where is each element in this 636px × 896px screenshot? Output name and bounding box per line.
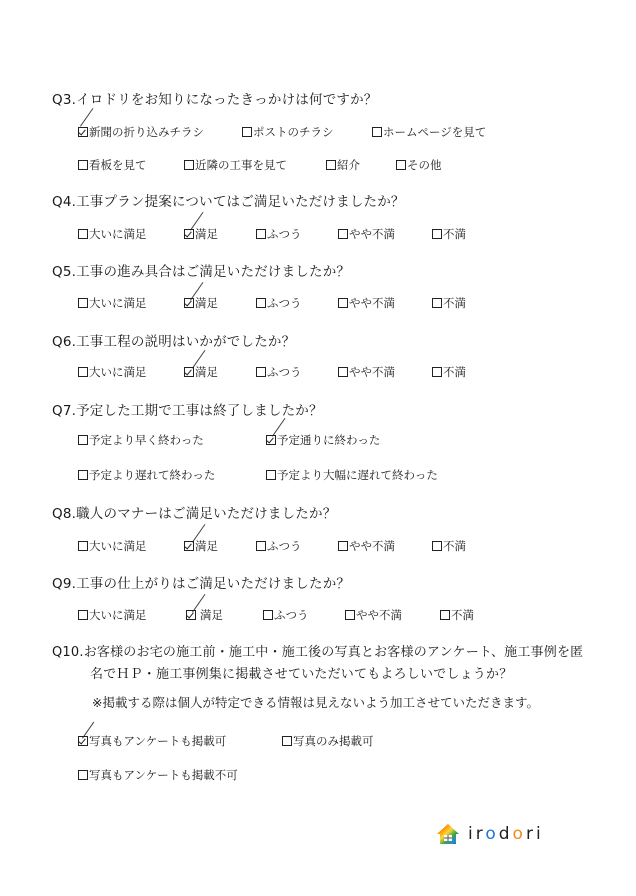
question-q9: Q9.工事の仕上がりはご満足いただけましたか？ [52, 572, 350, 592]
option-label: 写真のみ掲載可 [293, 733, 374, 749]
option-label: 予定通りに終わった [277, 432, 380, 448]
option-q4-dissatisfied[interactable]: 不満 [432, 226, 466, 242]
option-q3-other[interactable]: その他 [396, 157, 442, 173]
checkbox[interactable] [345, 610, 355, 620]
option-q10-none[interactable]: 写真もアンケートも掲載不可 [78, 767, 238, 783]
option-q3-post[interactable]: ポストのチラシ [242, 124, 334, 140]
question-q7: Q7.予定した工期で工事は終了しましたか？ [52, 399, 323, 419]
option-q8-neutral[interactable]: ふつう [256, 538, 302, 554]
option-label: ポストのチラシ [253, 124, 334, 140]
checkbox-checked[interactable] [184, 229, 194, 239]
option-label: 満足 [195, 364, 218, 380]
option-q6-dissatisfied[interactable]: 不満 [432, 364, 466, 380]
option-q5-satisfied[interactable]: 満足 [184, 295, 218, 311]
checkbox[interactable] [242, 127, 252, 137]
option-q5-dissatisfied[interactable]: 不満 [432, 295, 466, 311]
irodori-logo: irodori [436, 823, 544, 845]
option-label: 看板を見て [89, 157, 147, 173]
checkbox[interactable] [78, 367, 88, 377]
checkbox[interactable] [78, 298, 88, 308]
option-q7-very-late[interactable]: 予定より大幅に遅れて終わった [266, 467, 438, 483]
option-label: ふつう [267, 538, 302, 554]
question-q8: Q8.職人のマナーはご満足いただけましたか？ [52, 502, 336, 522]
option-q4-somewhat-dissatisfied[interactable]: やや不満 [338, 226, 395, 242]
question-q4: Q4.工事プラン提案についてはご満足いただけましたか？ [52, 190, 405, 210]
checkbox[interactable] [78, 229, 88, 239]
option-label: 近隣の工事を見て [195, 157, 287, 173]
option-label: 紹介 [337, 157, 360, 173]
option-label: やや不満 [349, 364, 395, 380]
checkbox[interactable] [432, 229, 442, 239]
option-q3-newspaper[interactable]: 新聞の折り込みチラシ [78, 124, 204, 140]
checkbox-checked[interactable] [266, 435, 276, 445]
checkbox-checked[interactable] [184, 298, 194, 308]
option-q5-very-satisfied[interactable]: 大いに満足 [78, 295, 147, 311]
option-label: 大いに満足 [89, 364, 147, 380]
option-q4-satisfied[interactable]: 満足 [184, 226, 218, 242]
option-label: 不満 [443, 364, 466, 380]
checkbox[interactable] [440, 610, 450, 620]
option-q7-late[interactable]: 予定より遅れて終わった [78, 467, 215, 483]
option-q10-photo-only[interactable]: 写真のみ掲載可 [282, 733, 374, 749]
checkbox[interactable] [338, 298, 348, 308]
logo-text: irodori [468, 824, 544, 844]
checkbox[interactable] [78, 610, 88, 620]
option-q10-all-ok[interactable]: 写真もアンケートも掲載可 [78, 733, 226, 749]
option-label: 大いに満足 [89, 226, 147, 242]
option-label: やや不満 [349, 226, 395, 242]
checkbox[interactable] [432, 367, 442, 377]
option-q8-somewhat-dissatisfied[interactable]: やや不満 [338, 538, 395, 554]
rainbow-house-icon [436, 823, 460, 845]
checkbox[interactable] [78, 160, 88, 170]
option-q6-very-satisfied[interactable]: 大いに満足 [78, 364, 147, 380]
option-label: 満足 [195, 295, 218, 311]
checkbox[interactable] [256, 229, 266, 239]
checkbox[interactable] [78, 435, 88, 445]
checkbox[interactable] [256, 298, 266, 308]
option-q7-early[interactable]: 予定より早く終わった [78, 432, 204, 448]
option-label: ふつう [267, 295, 302, 311]
option-q8-very-satisfied[interactable]: 大いに満足 [78, 538, 147, 554]
option-q6-somewhat-dissatisfied[interactable]: やや不満 [338, 364, 395, 380]
option-q6-neutral[interactable]: ふつう [256, 364, 302, 380]
checkbox-checked[interactable] [184, 541, 194, 551]
option-label: ふつう [274, 607, 309, 623]
option-label: ふつう [267, 226, 302, 242]
option-q9-very-satisfied[interactable]: 大いに満足 [78, 607, 147, 623]
question-q10-line1: Q10.お客様のお宅の施工前・施工中・施工後の写真とお客様のアンケート、施工事例… [52, 641, 583, 660]
checkbox[interactable] [78, 541, 88, 551]
checkbox-checked[interactable] [186, 610, 196, 620]
option-label: 大いに満足 [89, 538, 147, 554]
option-label: 不満 [443, 226, 466, 242]
option-label: 予定より大幅に遅れて終わった [277, 467, 438, 483]
checkbox-checked[interactable] [78, 736, 88, 746]
checkbox-checked[interactable] [184, 367, 194, 377]
q10-note: ※掲載する際は個人が特定できる情報は見えないよう加工させていただきます。 [92, 693, 539, 711]
option-label: やや不満 [349, 538, 395, 554]
option-q7-on-schedule[interactable]: 予定通りに終わった [266, 432, 380, 448]
checkbox[interactable] [184, 160, 194, 170]
question-q6: Q6.工事工程の説明はいかがでしたか？ [52, 330, 295, 350]
checkbox[interactable] [256, 541, 266, 551]
option-q9-somewhat-dissatisfied[interactable]: やや不満 [345, 607, 402, 623]
option-label: 不満 [443, 295, 466, 311]
question-q5: Q5.工事の進み具合はご満足いただけましたか？ [52, 260, 350, 280]
option-label: 新聞の折り込みチラシ [89, 124, 204, 140]
checkbox[interactable] [338, 367, 348, 377]
checkbox[interactable] [256, 367, 266, 377]
option-q5-somewhat-dissatisfied[interactable]: やや不満 [338, 295, 395, 311]
option-q6-satisfied[interactable]: 満足 [184, 364, 218, 380]
option-q3-homepage[interactable]: ホームページを見て [372, 124, 486, 140]
option-q9-neutral[interactable]: ふつう [263, 607, 309, 623]
option-label: 満足 [195, 538, 218, 554]
checkbox[interactable] [282, 736, 292, 746]
checkbox[interactable] [326, 160, 336, 170]
checkbox-checked[interactable] [78, 127, 88, 137]
option-q8-dissatisfied[interactable]: 不満 [432, 538, 466, 554]
option-q3-nearby[interactable]: 近隣の工事を見て [184, 157, 287, 173]
option-q9-satisfied[interactable]: 満足 [186, 607, 223, 623]
option-label: 予定より遅れて終わった [89, 467, 215, 483]
question-q10-line2: 名でＨＰ・施工事例集に掲載させていただいてもよろしいでしょうか？ [90, 663, 512, 682]
option-q8-satisfied[interactable]: 満足 [184, 538, 218, 554]
option-label: 予定より早く終わった [89, 432, 204, 448]
option-label: 不満 [443, 538, 466, 554]
option-label: 写真もアンケートも掲載不可 [89, 767, 238, 783]
option-q4-very-satisfied[interactable]: 大いに満足 [78, 226, 147, 242]
option-q4-neutral[interactable]: ふつう [256, 226, 302, 242]
option-label: 写真もアンケートも掲載可 [89, 733, 226, 749]
checkbox[interactable] [432, 541, 442, 551]
checkbox[interactable] [432, 298, 442, 308]
checkbox[interactable] [338, 229, 348, 239]
checkbox[interactable] [396, 160, 406, 170]
option-q5-neutral[interactable]: ふつう [256, 295, 302, 311]
option-q9-dissatisfied[interactable]: 不満 [440, 607, 474, 623]
question-q3: Q3.イロドリをお知りになったきっかけは何ですか？ [52, 88, 378, 108]
checkbox[interactable] [78, 770, 88, 780]
checkbox[interactable] [372, 127, 382, 137]
checkbox[interactable] [266, 470, 276, 480]
option-label: 不満 [451, 607, 474, 623]
checkbox[interactable] [338, 541, 348, 551]
checkbox[interactable] [263, 610, 273, 620]
option-label: 大いに満足 [89, 295, 147, 311]
option-label: ふつう [267, 364, 302, 380]
option-label: 満足 [200, 607, 223, 623]
option-label: ホームページを見て [383, 124, 486, 140]
option-label: 満足 [195, 226, 218, 242]
option-label: やや不満 [356, 607, 402, 623]
option-q3-signboard[interactable]: 看板を見て [78, 157, 147, 173]
checkbox[interactable] [78, 470, 88, 480]
option-label: 大いに満足 [89, 607, 147, 623]
option-label: やや不満 [349, 295, 395, 311]
option-label: その他 [407, 157, 442, 173]
option-q3-referral[interactable]: 紹介 [326, 157, 360, 173]
